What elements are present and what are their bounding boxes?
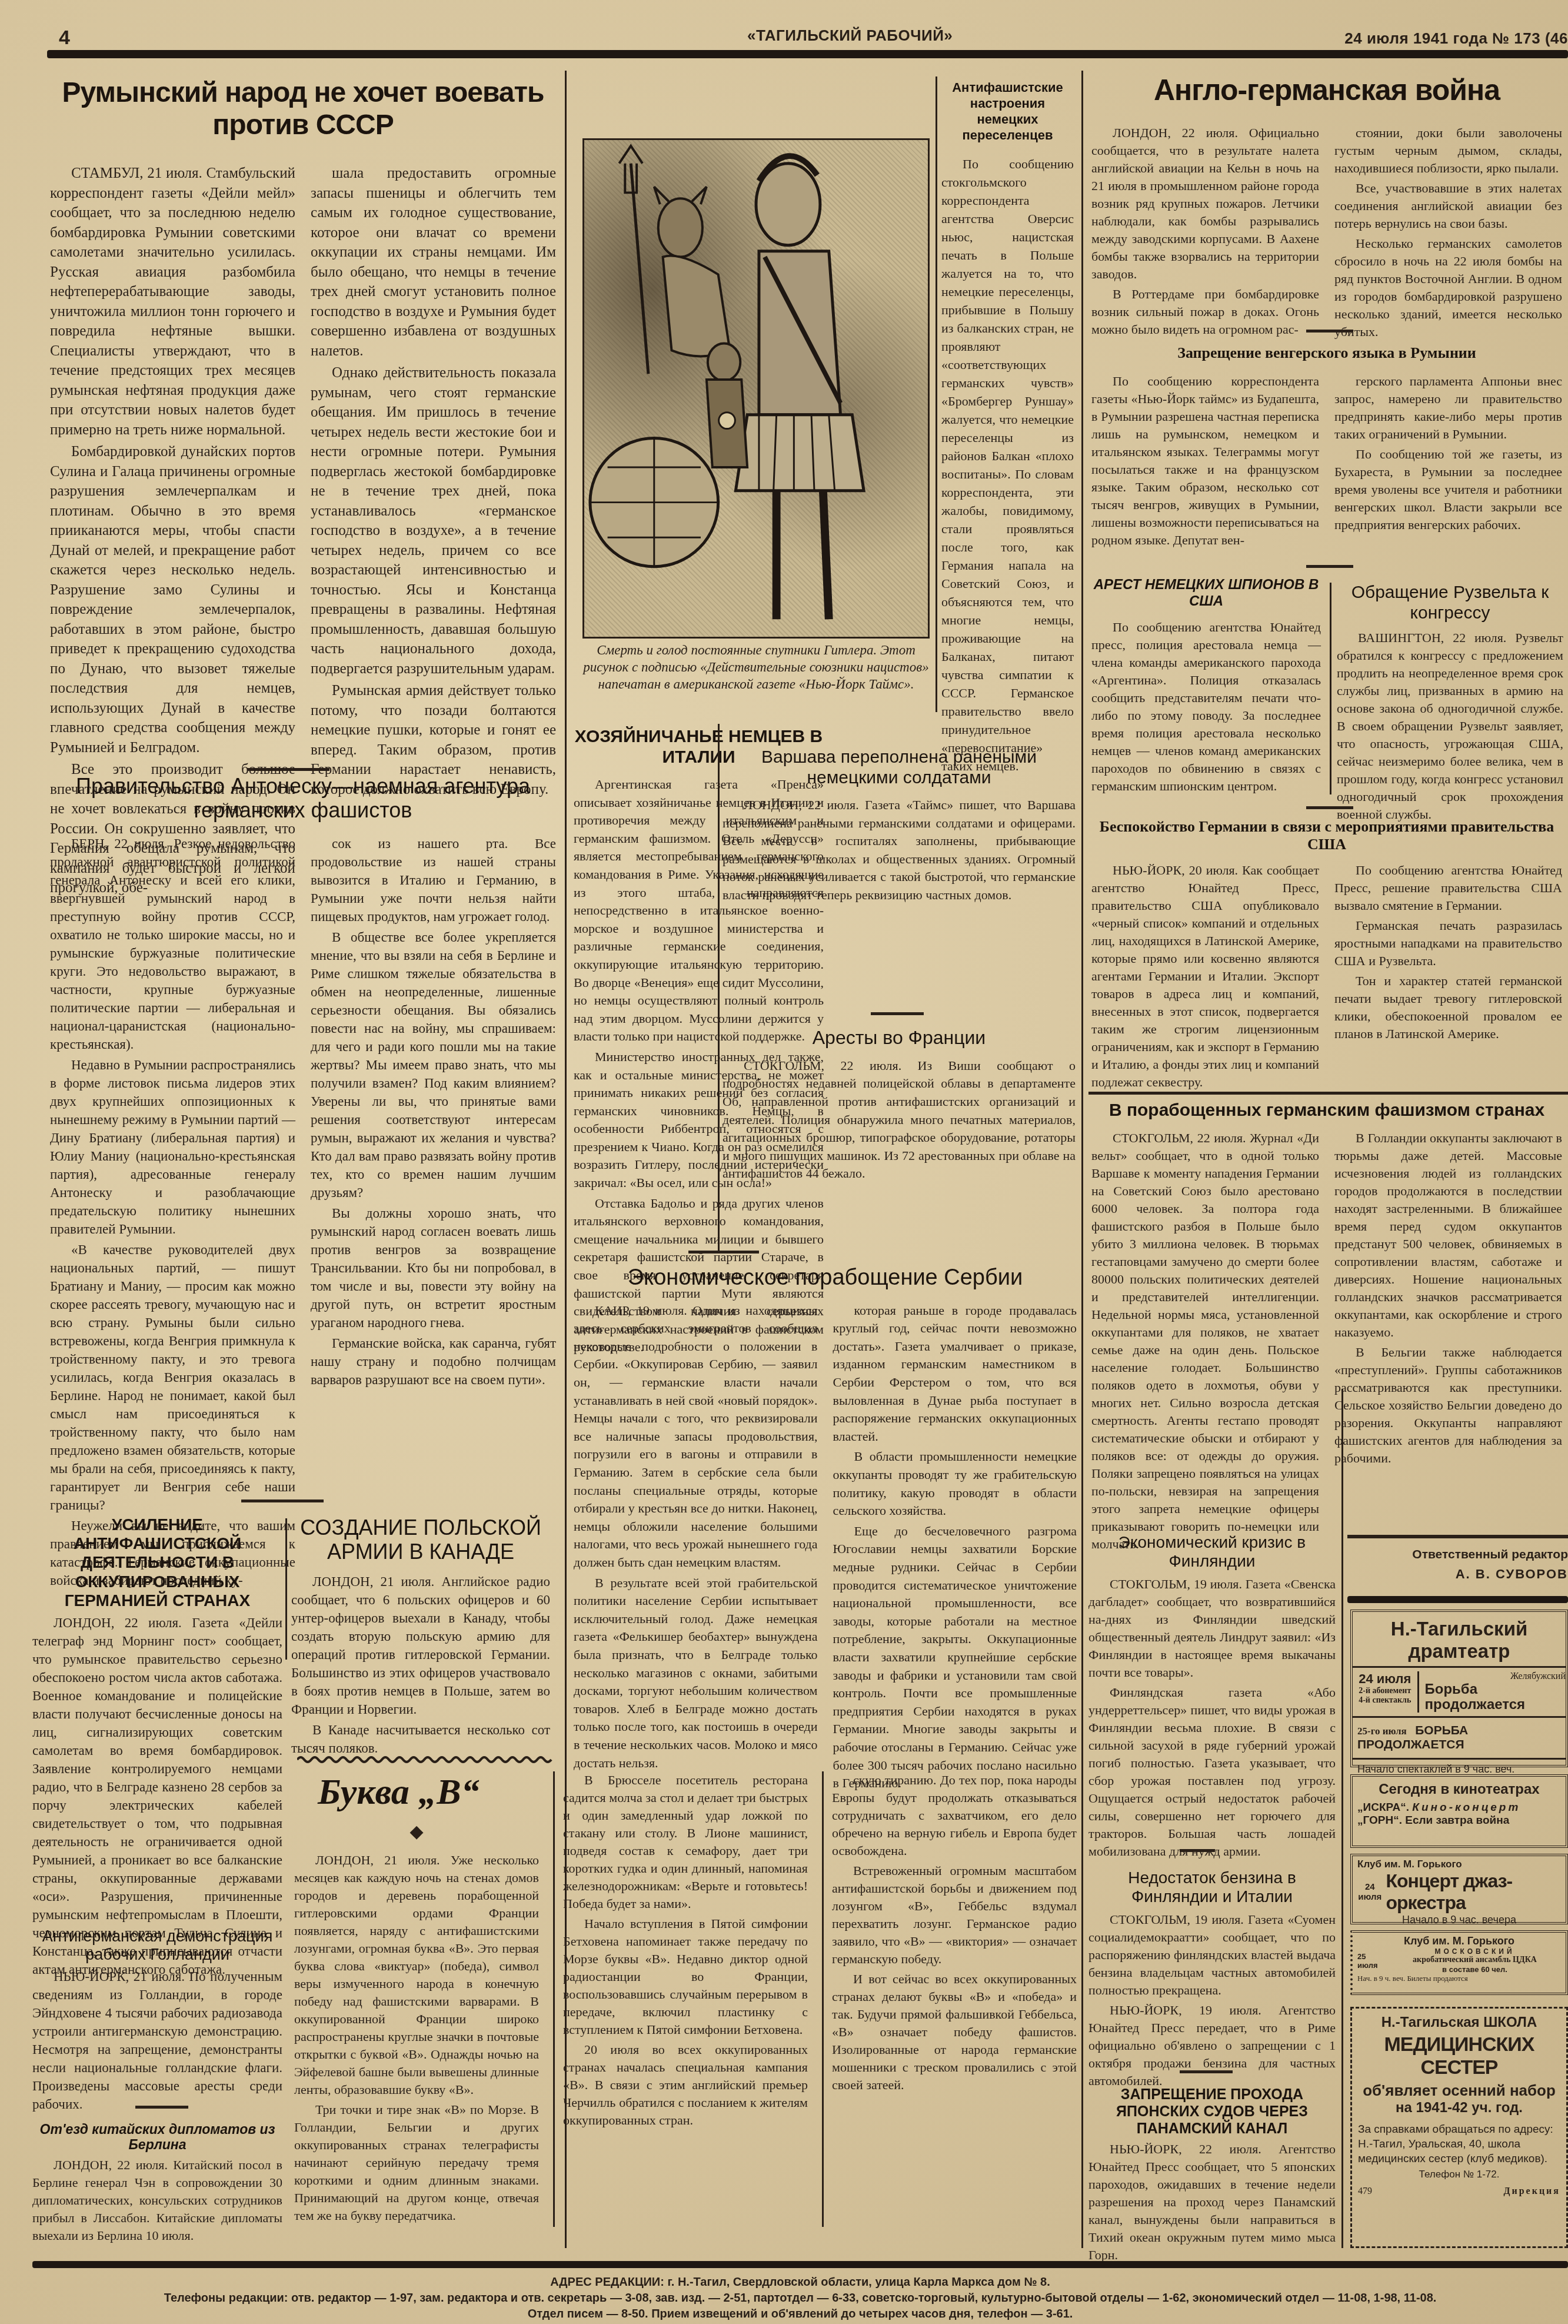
- headline: Аресты во Франции: [723, 1027, 1076, 1049]
- paragraph: Все, участвовавшие в этих налетах соедин…: [1334, 179, 1562, 232]
- paragraph: Финляндская газета «Або ундерреттельсер»…: [1088, 1684, 1336, 1860]
- article-column: стоянии, доки были заволочены густым чер…: [1334, 124, 1562, 343]
- article-anglo-german-war: Англо-германская война ЛОНДОН, 22 июля. …: [1091, 74, 1562, 343]
- footer-phones: Телефоны редакции: отв. редактор — 1-97,…: [47, 2290, 1553, 2306]
- article-column: которая раньше в городе продавалась круг…: [833, 1302, 1077, 1795]
- club-venue: Клуб им. М. Горького: [1357, 1858, 1561, 1870]
- paragraph: Три точки и тире знак «В» по Морзе. В Го…: [294, 2101, 539, 2225]
- ad-play: Борьба продолжается: [1425, 1682, 1566, 1713]
- article-body: По сообщению агентства Юнайтед пресс, по…: [1091, 619, 1321, 795]
- headline: Варшава переполнена ранеными немецкими с…: [723, 747, 1076, 788]
- article-roosevelt: Обращение Рузвельта к конгрессу ВАШИНГТО…: [1337, 583, 1563, 826]
- club-event: Концерт джаз-оркестра: [1386, 1870, 1562, 1914]
- footer-rule: [32, 2261, 1568, 2268]
- headline: Создание польской армии в Канаде: [291, 1515, 550, 1564]
- paragraph: НЬЮ-ЙОРК, 22 июля. Агентство Юнайтед Пре…: [1088, 2140, 1336, 2264]
- paragraph: Встревоженный огромным масштабом антифаш…: [832, 1862, 1077, 1968]
- paragraph: сок из нашего рта. Все продовольствие из…: [311, 834, 556, 926]
- article-column: В Брюсселе посетитель ресторана садится …: [553, 1771, 808, 2227]
- ad-number: 479: [1358, 2186, 1372, 2197]
- section-rule: [1088, 1092, 1568, 1095]
- paragraph: В Голландии оккупанты заключают в тюрьмы…: [1334, 1129, 1562, 1341]
- club-text: Нач. в 9 ч. веч. Билеты продаются: [1357, 1974, 1561, 1983]
- ad-title: Н.-Тагильский драмтеатр: [1353, 1612, 1566, 1668]
- article-body: По сообщению стокгольмского корреспонден…: [941, 155, 1074, 775]
- ad-author: Желябужский: [1425, 1671, 1566, 1682]
- article-body: СТОКГОЛЬМ, 19 июля. Газета «Суомен социа…: [1088, 1911, 1336, 2090]
- article-column: ЛОНДОН, 21 июля. Уже несколько месяцев к…: [294, 1851, 539, 2225]
- paragraph: НЬЮ-ЙОРК, 21 июля. По полученным сведени…: [32, 1967, 282, 2113]
- headline: Антифашистские настроения немецких перес…: [941, 79, 1074, 143]
- separator: [871, 1012, 924, 1015]
- article-antonescu: Правительство Антонеску—наемная агентура…: [50, 774, 556, 1592]
- paragraph: В обществе все более укрепляется мнение,…: [311, 928, 556, 1202]
- article-column: КАИР, 19 июля. Один из находящихся здесь…: [574, 1302, 818, 1795]
- paragraph: По сообщению агентства Юнайтед Пресс, ре…: [1334, 862, 1562, 915]
- masthead: 4 «ТАГИЛЬСКИЙ РАБОЧИЙ» 24 июля 1941 года…: [47, 9, 1568, 50]
- article-panama: Запрещение прохода японских судов через …: [1088, 2086, 1336, 2266]
- paragraph: КАИР, 19 июля. Один из находящихся здесь…: [574, 1302, 818, 1572]
- ad-date: 25-го июля: [1357, 1725, 1407, 1737]
- article-body: ЛОНДОН, 22 июля. Газета «Таймс» пишет, ч…: [723, 796, 1076, 905]
- ad-line: МЕДИЦИНСКИХ СЕСТЕР: [1358, 2033, 1560, 2079]
- ad-title: Сегодня в кинотеатрах: [1357, 1781, 1561, 1798]
- article-column: скую тиранию. До тех пор, пока народы Ев…: [822, 1771, 1077, 2227]
- paragraph: СТАМБУЛ, 21 июля. Стамбульский корреспон…: [50, 164, 295, 440]
- paragraph: герского парламента Аппоньи внес запрос,…: [1334, 373, 1562, 443]
- article-warsaw-wounded: Варшава переполнена ранеными немецкими с…: [723, 747, 1076, 907]
- paragraph: СТОКГОЛЬМ, 19 июля. Газета «Свенска дагб…: [1088, 1575, 1336, 1681]
- ad-drama-theatre: Н.-Тагильский драмтеатр 24 июля 2-й абон…: [1350, 1610, 1568, 1767]
- paragraph: БЕРН, 22 июля. Резкое недовольство прода…: [50, 834, 295, 1053]
- headline: Запрещение венгерского языка в Румынии: [1091, 344, 1562, 362]
- article-antifascist-settlers: Антифашистские настроения немецких перес…: [941, 79, 1074, 777]
- cinema-venue: „ИСКРА“.: [1357, 1801, 1409, 1814]
- column-divider: [718, 724, 720, 1254]
- paragraph: В Бельгии также наблюдается «преступлени…: [1334, 1344, 1562, 1467]
- paragraph: В Канаде насчитывается несколько сот тыс…: [291, 1721, 550, 1757]
- cinema-show: Кино-концерт: [1412, 1801, 1520, 1814]
- paragraph: По сообщению той же газеты, из Бухареста…: [1334, 445, 1562, 534]
- paragraph: ЛОНДОН, 22 июля. Газета «Таймс» пишет, ч…: [723, 796, 1076, 905]
- separator: [1180, 1849, 1215, 1852]
- editor-name: А. В. СУВОРОВ: [1353, 1567, 1568, 1582]
- club-start-time: Начало в 9 час. вечера: [1357, 1914, 1561, 1926]
- paragraph: Недавно в Румынии распространялись в фор…: [50, 1056, 295, 1238]
- paragraph: которая раньше в городе продавалась круг…: [833, 1302, 1077, 1446]
- article-body: СТОКГОЛЬМ, 22 июля. Из Виши сообщают о п…: [723, 1057, 1076, 1183]
- paragraph: СТОКГОЛЬМ, 19 июля. Газета «Суомен социа…: [1088, 1911, 1336, 1999]
- ad-date: 24 июля: [1353, 1671, 1417, 1687]
- article-body: ВАШИНГТОН, 22 июля. Рузвельт обратился к…: [1337, 629, 1563, 823]
- paragraph: По сообщению стокгольмского корреспонден…: [941, 155, 1074, 775]
- section-rule: [1347, 1596, 1568, 1603]
- headline: Запрещение прохода японских судов через …: [1088, 2086, 1336, 2137]
- club-text: акробатический ансамбль ЦДКА: [1389, 1956, 1561, 1965]
- ad-phone: Телефон № 1-72.: [1358, 2169, 1560, 2180]
- diamond-ornament-icon: ◆: [294, 1821, 539, 1842]
- headline: Буква „В“: [294, 1771, 539, 1813]
- issue-date: 24 июля 1941 года № 173 (46: [1344, 29, 1568, 48]
- footer-letters-dept: Отдел писем — 8-50. Прием извещений и об…: [47, 2306, 1553, 2322]
- ad-cinema: Сегодня в кинотеатрах „ИСКРА“. Кино-конц…: [1350, 1774, 1568, 1848]
- cinema-venue: „ГОРН“.: [1357, 1814, 1402, 1827]
- article-petrol-shortage: Недостаток бензина в Финляндии и Италии …: [1088, 1868, 1336, 2092]
- paragraph: В Роттердаме при бомбардировке возник си…: [1091, 285, 1319, 338]
- separator: [1306, 806, 1353, 809]
- article-spies-usa: Арест немецких шпионов в США По сообщени…: [1091, 577, 1321, 797]
- ad-note: 4-й спектакль: [1353, 1696, 1417, 1705]
- paragraph: СТОКГОЛЬМ, 22 июля. Журнал «Ди вельт» со…: [1091, 1129, 1319, 1553]
- paragraph: Несколько германских самолетов сбросило …: [1334, 235, 1562, 341]
- ad-note: 2-й абонемент: [1353, 1687, 1417, 1696]
- column-divider: [936, 77, 937, 712]
- headline: Усиление антифашистской деятельности в о…: [32, 1515, 282, 1610]
- paragraph: Германские войска, как саранча, губят на…: [311, 1334, 556, 1389]
- ad-club-jazz: Клуб им. М. Горького 24 июля Концерт джа…: [1350, 1854, 1568, 1924]
- cartoon-illustration: [582, 138, 930, 639]
- separator: [1306, 330, 1353, 333]
- article-body: НЬЮ-ЙОРК, 22 июля. Агентство Юнайтед Пре…: [1088, 2140, 1336, 2264]
- paragraph: 20 июля во всех оккупированных странах н…: [563, 2041, 808, 2129]
- article-france-arrests: Аресты во Франции СТОКГОЛЬМ, 22 июля. Из…: [723, 1027, 1076, 1185]
- article-body: ЛОНДОН, 21 июля. Английское радио сообща…: [291, 1572, 550, 1757]
- newspaper-page: 4 «ТАГИЛЬСКИЙ РАБОЧИЙ» 24 июля 1941 года…: [0, 0, 1568, 2324]
- paragraph: НЬЮ-ЙОРК, 19 июля. Агентство Юнайтед Пре…: [1088, 2002, 1336, 2090]
- article-antifascist-activity: Усиление антифашистской деятельности в о…: [32, 1515, 282, 1981]
- article-polish-army: Создание польской армии в Канаде ЛОНДОН,…: [291, 1515, 550, 1760]
- article-enslaved-countries: В порабощенных германским фашизмом стран…: [1091, 1101, 1562, 1555]
- paragraph: Бомбардировкой дунайских портов Сулина и…: [50, 442, 295, 757]
- club-venue: Клуб им. М. Горького: [1357, 1935, 1561, 1947]
- paragraph: В результате всей этой грабительской пол…: [574, 1574, 818, 1773]
- headline: От'езд китайских дипломатов из Берлина: [32, 2122, 282, 2153]
- article-germany-usa: Беспокойство Германии в связи с мероприя…: [1091, 818, 1562, 1093]
- ad-line: об'являет осенний набор: [1358, 2082, 1560, 2100]
- paragraph: «В качестве руководителей двух националь…: [50, 1241, 295, 1514]
- headline: Экономическое порабощение Сербии: [574, 1265, 1077, 1291]
- paragraph: Вы должны хорошо знать, что румынский на…: [311, 1204, 556, 1332]
- headline: Арест немецких шпионов в США: [1091, 577, 1321, 609]
- headline: Антигерманская демонстрация рабочих Голл…: [32, 1927, 282, 1964]
- section-rule: [1347, 1535, 1568, 1538]
- article-column: герского парламента Аппоньи внес запрос,…: [1334, 373, 1562, 551]
- headline: Англо-германская война: [1091, 74, 1562, 108]
- article-hungarian-ban: Запрещение венгерского языка в Румынии П…: [1091, 344, 1562, 551]
- article-column: ЛОНДОН, 22 июля. Официально сообщается, …: [1091, 124, 1319, 343]
- article-column: По сообщению корреспондента газеты «Нью-…: [1091, 373, 1319, 551]
- headline: Обращение Рузвельта к конгрессу: [1337, 583, 1563, 623]
- paragraph: ЛОНДОН, 21 июля. Уже несколько месяцев к…: [294, 1851, 539, 2099]
- footer: АДРЕС РЕДАКЦИИ: г. Н.-Тагил, Свердловско…: [47, 2275, 1553, 2322]
- separator: [247, 768, 329, 771]
- paragraph: ЛОНДОН, 22 июля. Газета «Дейли телеграф …: [32, 1614, 282, 1979]
- article-body: НЬЮ-ЙОРК, 21 июля. По полученным сведени…: [32, 1967, 282, 2113]
- article-column: В Голландии оккупанты заключают в тюрьмы…: [1334, 1129, 1562, 1555]
- masthead-rule: [47, 50, 1568, 58]
- paragraph: ЛОНДОН, 22 июля. Китайский посол в Берли…: [32, 2156, 282, 2245]
- paragraph: В области промышленности немецкие оккупа…: [833, 1448, 1077, 1520]
- cinema-show: Если завтра война: [1405, 1814, 1509, 1827]
- article-letter-v: Буква „В“ ◆ ЛОНДОН, 21 июля. Уже несколь…: [294, 1771, 1077, 2227]
- article-column: сок из нашего рта. Все продовольствие из…: [311, 834, 556, 1592]
- paragraph: Германская печать разразилась яростными …: [1334, 917, 1562, 970]
- article-column: СТОКГОЛЬМ, 22 июля. Журнал «Ди вельт» со…: [1091, 1129, 1319, 1555]
- wavy-rule: [297, 1755, 556, 1764]
- headline: Правительство Антонеску—наемная агентура…: [50, 774, 556, 823]
- headline: В порабощенных германским фашизмом стран…: [1091, 1101, 1562, 1121]
- club-date: 25 июля: [1357, 1952, 1384, 1970]
- paragraph: По сообщению корреспондента газеты «Нью-…: [1091, 373, 1319, 549]
- headline: Экономический кризис в Финляндии: [1088, 1533, 1336, 1571]
- paragraph: НЬЮ-ЙОРК, 20 июля. Как сообщает агентств…: [1091, 862, 1319, 1091]
- paragraph: Однако действительность показала румынам…: [311, 363, 556, 679]
- separator: [241, 1500, 324, 1502]
- headline: Недостаток бензина в Финляндии и Италии: [1088, 1868, 1336, 1906]
- club-text: в составе 60 чел.: [1389, 1965, 1561, 1974]
- paragraph: стоянии, доки были заволочены густым чер…: [1334, 124, 1562, 177]
- paragraph: Еще до бесчеловечного разгрома Югославии…: [833, 1522, 1077, 1793]
- article-serbia: Экономическое порабощение Сербии КАИР, 1…: [574, 1265, 1077, 1795]
- ad-signature: Дирекция: [1503, 2186, 1560, 2197]
- paragraph: ЛОНДОН, 21 июля. Английское радио сообща…: [291, 1572, 550, 1718]
- separator: [1180, 2070, 1233, 2073]
- newspaper-name: «ТАГИЛЬСКИЙ РАБОЧИЙ»: [747, 26, 953, 45]
- article-column: По сообщению агентства Юнайтед Пресс, ре…: [1334, 862, 1562, 1093]
- cartoon-drawing: [584, 140, 928, 637]
- editor-block: Ответственный редактор А. В. СУВОРОВ: [1353, 1548, 1568, 1582]
- ad-line: Н.-Тагильская ШКОЛА: [1358, 2014, 1560, 2031]
- article-body: ЛОНДОН, 22 июля. Газета «Дейли телеграф …: [32, 1614, 282, 1979]
- separator: [135, 2106, 188, 2109]
- article-finland-crisis: Экономический кризис в Финляндии СТОКГОЛ…: [1088, 1533, 1336, 1863]
- article-dutch-demo: Антигерманская демонстрация рабочих Голл…: [32, 1927, 282, 2116]
- article-column: БЕРН, 22 июля. Резкое недовольство прода…: [50, 834, 295, 1592]
- ad-club-acrobatic: Клуб им. М. Горького 25 июля МОСКОВСКИЙ …: [1350, 1930, 1568, 1995]
- footer-address: АДРЕС РЕДАКЦИИ: г. Н.-Тагил, Свердловско…: [47, 2275, 1553, 2290]
- editor-label: Ответственный редактор: [1353, 1548, 1568, 1562]
- paragraph: ВАШИНГТОН, 22 июля. Рузвельт обратился к…: [1337, 629, 1563, 823]
- club-text: МОСКОВСКИЙ: [1389, 1947, 1561, 1956]
- column-divider: [285, 1518, 287, 1660]
- column-divider: [1330, 583, 1331, 794]
- paragraph: Тон и характер статей германской печати …: [1334, 972, 1562, 1043]
- paragraph: ЛОНДОН, 22 июля. Официально сообщается, …: [1091, 124, 1319, 283]
- separator: [1306, 565, 1353, 568]
- paragraph: И вот сейчас во всех оккупированных стра…: [832, 1970, 1077, 2094]
- article-chinese-diplomats: От'езд китайских дипломатов из Берлина Л…: [32, 2122, 282, 2247]
- ad-nursing-school: Н.-Тагильская ШКОЛА МЕДИЦИНСКИХ СЕСТЕР о…: [1350, 2007, 1568, 2248]
- ad-contact: За справками обращаться по адресу: Н.-Та…: [1358, 2122, 1560, 2166]
- paragraph: шала предоставить огромные запасы пшениц…: [311, 164, 556, 361]
- headline: Румынский народ не хочет воевать против …: [50, 77, 556, 141]
- paragraph: Начало вступления в Пятой симфонии Бетхо…: [563, 1915, 808, 2039]
- club-date: 24 июля: [1357, 1882, 1383, 1902]
- article-column: НЬЮ-ЙОРК, 20 июля. Как сообщает агентств…: [1091, 862, 1319, 1093]
- separator: [688, 1251, 759, 1254]
- headline: Беспокойство Германии в связи с мероприя…: [1091, 818, 1562, 853]
- article-body: СТОКГОЛЬМ, 19 июля. Газета «Свенска дагб…: [1088, 1575, 1336, 1860]
- paragraph: По сообщению агентства Юнайтед пресс, по…: [1091, 619, 1321, 795]
- page-number: 4: [59, 26, 70, 49]
- article-body: ЛОНДОН, 22 июля. Китайский посол в Берли…: [32, 2156, 282, 2245]
- column-divider: [1081, 71, 1083, 2248]
- ad-line: на 1941-42 уч. год.: [1358, 2100, 1560, 2116]
- paragraph: СТОКГОЛЬМ, 22 июля. Из Виши сообщают о п…: [723, 1057, 1076, 1183]
- cartoon-caption: Смерть и голод постоянные спутники Гитле…: [582, 641, 930, 693]
